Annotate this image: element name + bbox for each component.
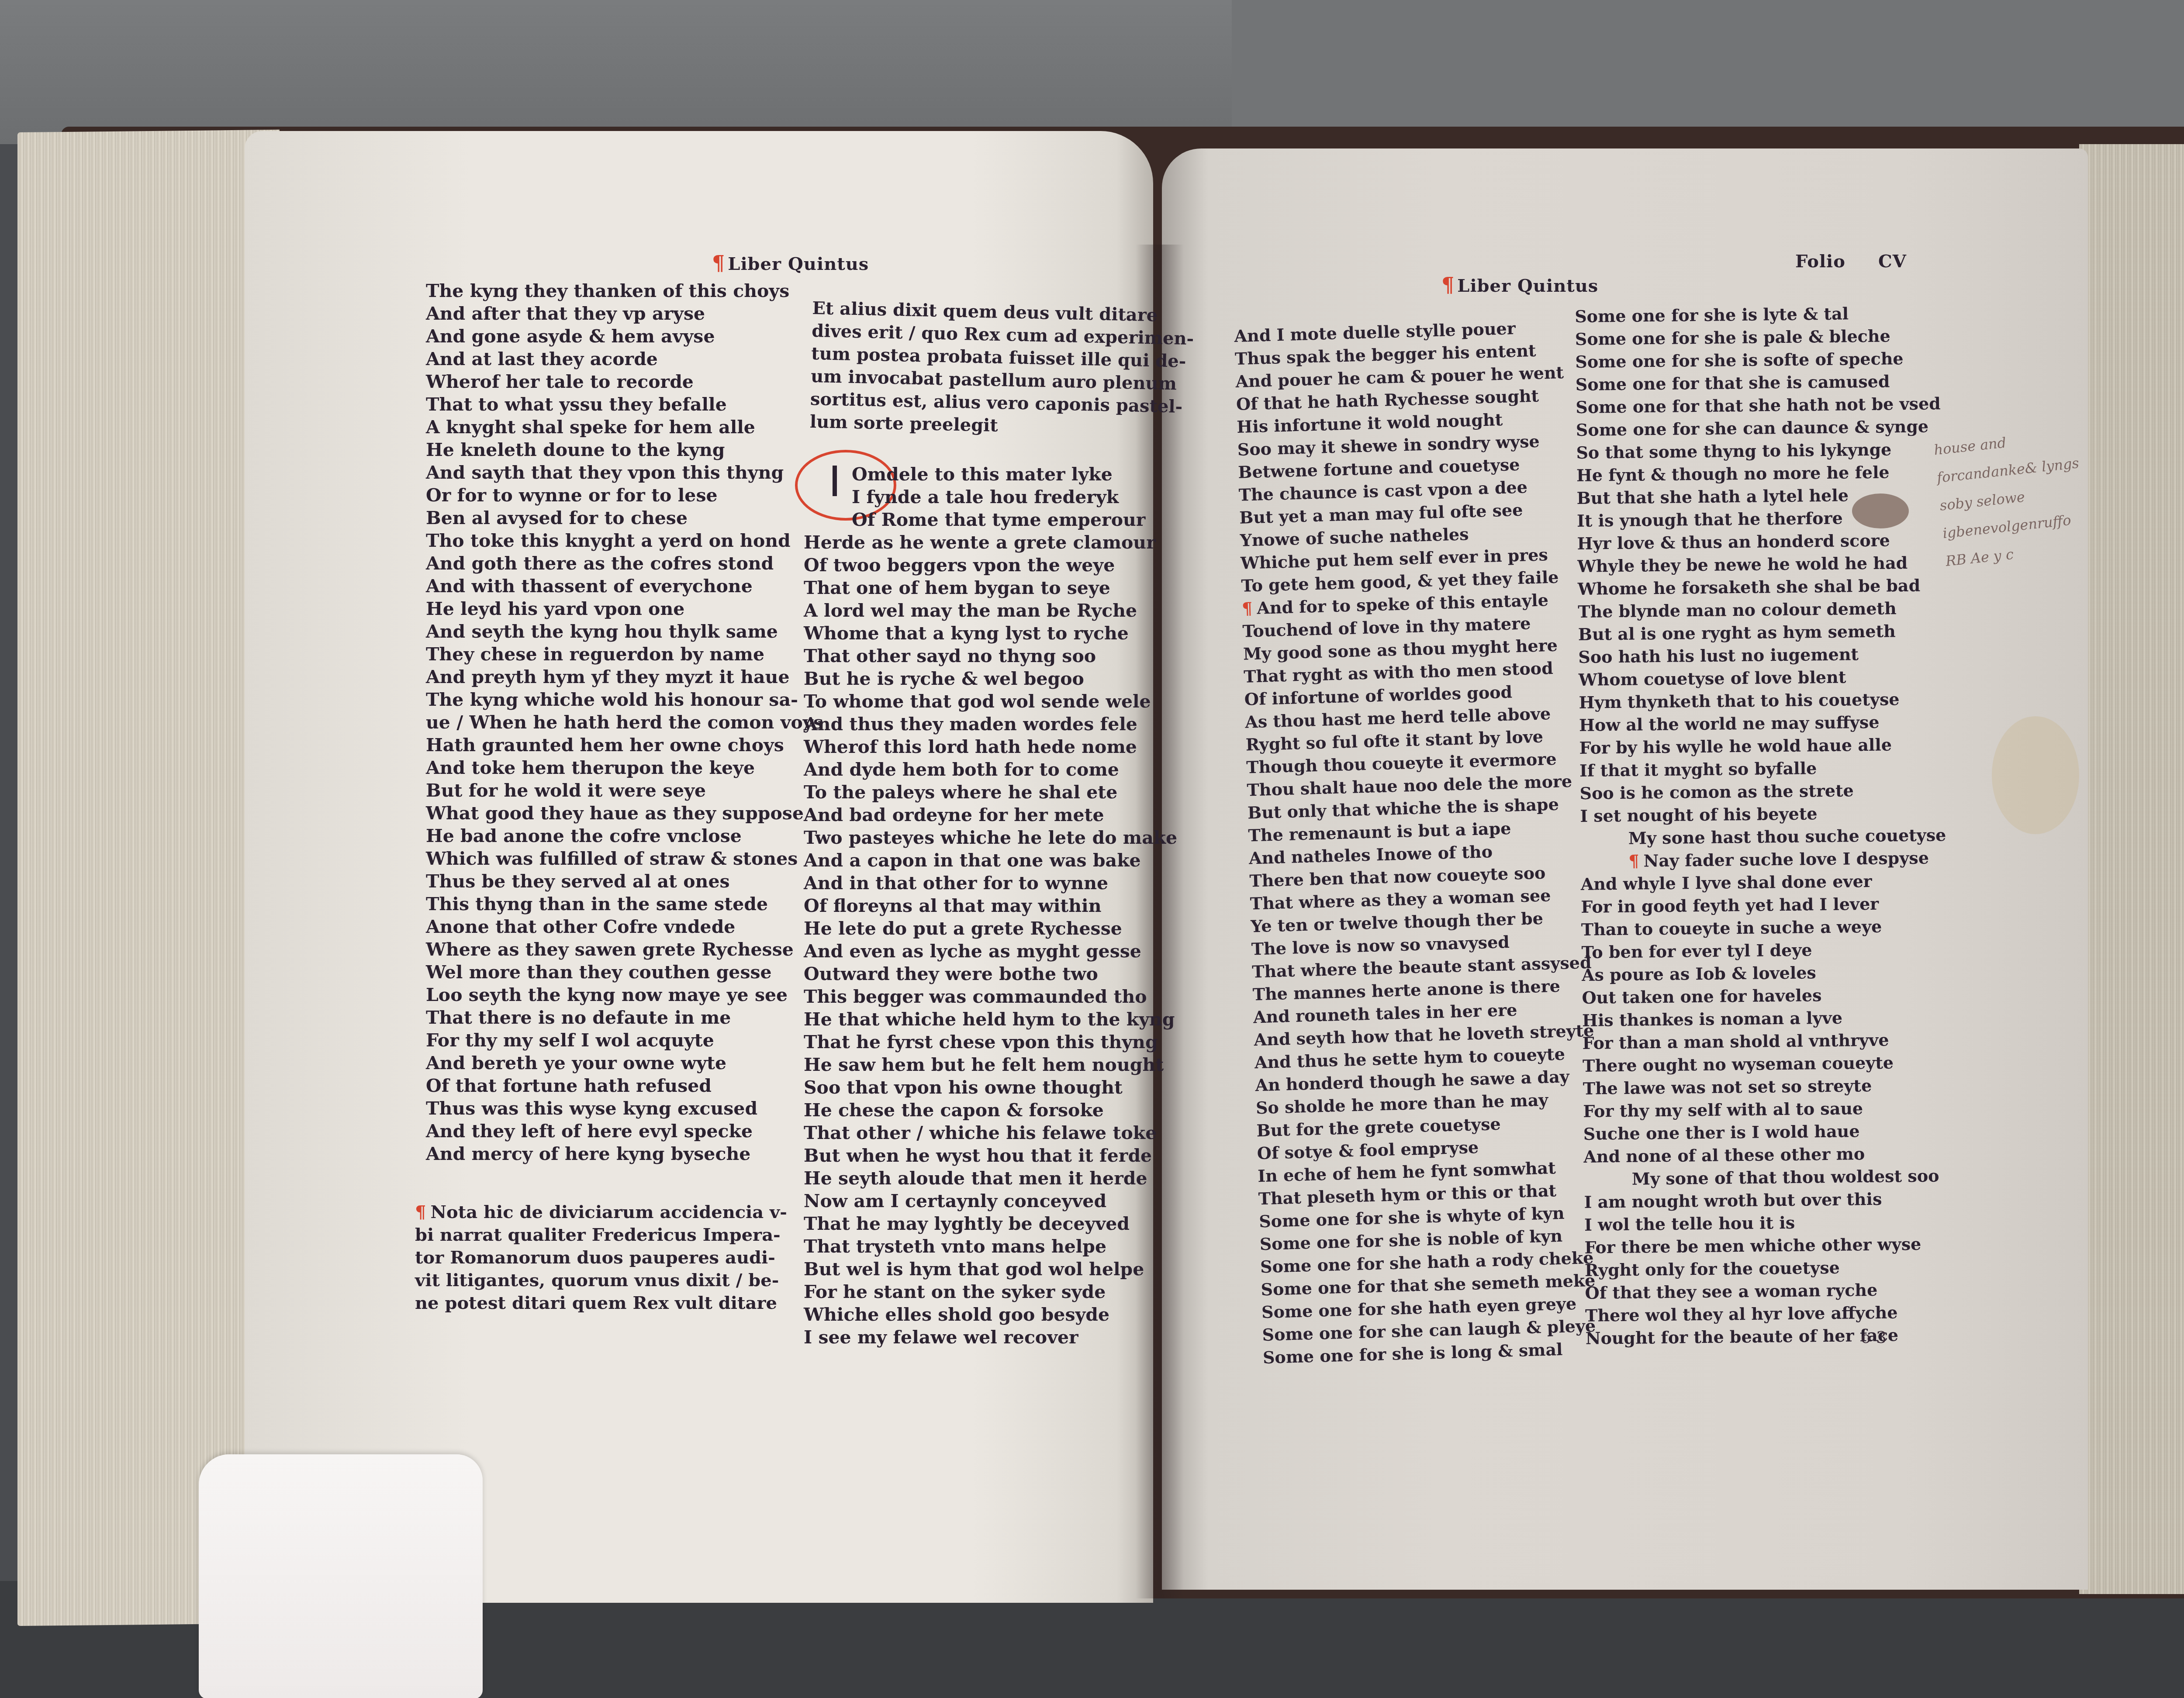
rubric-pilcrow-icon: ¶ — [1241, 598, 1252, 618]
text-line: I set nought of his beyete — [1580, 801, 1946, 828]
text-line: Thus was this wyse kyng excused — [426, 1097, 823, 1120]
text-line: Some one for she is pale & bleche — [1575, 324, 1941, 351]
water-stain — [1992, 716, 2079, 834]
text-line: And mercy of here kyng byseche — [426, 1142, 823, 1165]
pilcrow-icon: ¶ — [712, 251, 725, 275]
text-line: And with thassent of everychone — [426, 575, 823, 597]
text-line: And dyde hem both for to come — [804, 758, 1177, 781]
text-line: That other sayd no thyng soo — [804, 645, 1177, 667]
text-line: For in good feyth yet had I lever — [1581, 892, 1947, 919]
text-line: My sone hast thou suche couetyse — [1580, 824, 1946, 851]
text-line: Some one for she is lyte & tal — [1575, 302, 1941, 328]
handwritten-marginalia: house and forcandanke& lyngs soby selowe… — [1932, 421, 2095, 575]
folio-value: CV — [1878, 251, 1907, 272]
text-line: Whome he forsaketh she shal be bad — [1578, 574, 1944, 601]
text-line: And goth there as the cofres stond — [426, 552, 823, 575]
text-line: Anone that other Cofre vndede — [426, 915, 823, 938]
text-line: Outward they were bothe two — [804, 963, 1177, 985]
text-line: And toke hem therupon the keye — [426, 756, 823, 779]
text-line: That there is no defaute in me — [426, 1006, 823, 1029]
text-line: I see my felawe wel recover — [804, 1326, 1177, 1349]
text-line: If that it myght so byfalle — [1579, 756, 1946, 783]
text-line: A knyght shal speke for hem alle — [426, 416, 823, 438]
text-line: And seyth the kyng hou thylk same — [426, 620, 823, 643]
text-line: And bereth ye your owne wyte — [426, 1052, 823, 1074]
text-line: That he may lyghtly be deceyved — [804, 1212, 1177, 1235]
text-line: And after that they vp aryse — [426, 302, 823, 325]
text-line: Some one for she is softe of speche — [1575, 347, 1941, 374]
text-line: bi narrat qualiter Fredericus Impera- — [415, 1224, 787, 1246]
text-line: Of twoo beggers vpon the weye — [804, 554, 1177, 576]
text-line: Hath graunted hem her owne choys — [426, 734, 823, 756]
text-line: Hyr love & thus an honderd score — [1577, 529, 1943, 556]
text-line: The blynde man no colour demeth — [1578, 597, 1944, 624]
text-line: That to what yssu they befalle — [426, 393, 823, 416]
text-line: Whyle they be newe he wold he had — [1577, 552, 1943, 578]
text-line: Wherof her tale to recorde — [426, 370, 823, 393]
text-line: Out taken one for haveles — [1582, 983, 1948, 1010]
text-line: There ought no wyseman coueyte — [1583, 1051, 1949, 1078]
text-line: Whome that a kyng lyst to ryche — [804, 622, 1177, 645]
text-line: There wol they al hyr love affyche — [1585, 1301, 1951, 1328]
text-line: And thus they maden wordes fele — [804, 713, 1177, 735]
text-line: And a capon in that one was bake — [804, 849, 1177, 872]
text-line: How al the world ne may suffyse — [1579, 711, 1945, 737]
text-line: Ryght only for the couetyse — [1585, 1256, 1951, 1282]
text-line: And at last they acorde — [426, 348, 823, 370]
text-line: He kneleth doune to the kyng — [426, 438, 823, 461]
text-line: But he is ryche & wel begoo — [804, 667, 1177, 690]
text-line: Of floreyns al that may within — [804, 894, 1177, 917]
text-line: This thyng than in the same stede — [426, 893, 823, 915]
text-line: ne potest ditari quem Rex vult ditare — [415, 1292, 787, 1315]
folio-label: Folio — [1795, 251, 1845, 272]
text-line: ¶Nay fader suche love I despyse — [1580, 847, 1946, 873]
text-line: Of that they see a woman ryche — [1585, 1278, 1951, 1305]
text-line: Some one for that she is camused — [1576, 370, 1942, 397]
left-page-column-2: Omdele to this mater lykeI fynde a tale … — [804, 463, 1177, 1349]
text-line: Hym thynketh that to his couetyse — [1579, 688, 1945, 714]
text-line: And sayth that they vpon this thyng — [426, 461, 823, 484]
text-line: And they left of here evyl specke — [426, 1120, 823, 1142]
text-line: For than a man shold al vnthryve — [1582, 1028, 1948, 1055]
text-line: He chese the capon & forsoke — [804, 1099, 1177, 1122]
text-line: He saw hem but he felt hem nought — [804, 1053, 1177, 1076]
text-line: That he fyrst chese vpon this thyng — [804, 1031, 1177, 1053]
right-running-head: ¶Liber Quintus — [1441, 273, 1598, 297]
text-line: For thy my self I wol acquyte — [426, 1029, 823, 1052]
pilcrow-icon: ¶ — [1441, 273, 1455, 297]
text-line: Or for to wynne or for to lese — [426, 484, 823, 507]
text-line: As poure as Iob & loveles — [1582, 960, 1948, 987]
text-line: Soo that vpon his owne thought — [804, 1076, 1177, 1099]
text-line: ue / When he hath herd the comon voys — [426, 711, 823, 734]
text-line: e y c — [1980, 546, 2015, 566]
text-line: That other / whiche his felawe toke — [804, 1122, 1177, 1144]
text-line: The kyng whiche wold his honour sa- — [426, 688, 823, 711]
text-line: benevolgen — [1955, 515, 2038, 540]
text-line: Two pasteyes whiche he lete do make — [804, 826, 1177, 849]
right-page-column-2: Some one for she is lyte & talSome one f… — [1575, 302, 1952, 1350]
text-line: I fynde a tale hou frederyk — [804, 486, 1177, 508]
text-line: The kyng they thanken of this choys — [426, 280, 823, 302]
text-line: For by his wylle he wold haue alle — [1579, 733, 1945, 760]
folio-number: Folio CV — [1795, 251, 1907, 272]
text-line: So that some thyng to his lykynge — [1576, 438, 1942, 465]
book-support-cushion — [199, 1454, 483, 1698]
right-page-column-1: And I mote duelle stylle pouerThus spak … — [1234, 316, 1603, 1370]
text-line: Now am I certaynly conceyved — [804, 1190, 1177, 1212]
left-page-column-1: The kyng they thanken of this choysAnd a… — [426, 280, 823, 1165]
text-line: Omdele to this mater lyke — [804, 463, 1177, 486]
text-line: They chese in reguerdon by name — [426, 643, 823, 666]
text-line: But al is one ryght as hym semeth — [1578, 620, 1944, 646]
text-line: Soo hath his lust no iugement — [1578, 642, 1944, 669]
text-line: Of that fortune hath refused — [426, 1074, 823, 1097]
text-line: He fynt & though no more he fele — [1576, 461, 1942, 487]
text-line: Nought for the beaute of her face — [1586, 1324, 1952, 1350]
text-line: Wel more than they couthen gesse — [426, 961, 823, 984]
text-line: ¶Nota hic de diviciarum accidencia v- — [415, 1201, 787, 1224]
text-line: But when he wyst hou that it ferde — [804, 1144, 1177, 1167]
text-line: And in that other for to wynne — [804, 872, 1177, 894]
text-line: To whome that god wol sende wele — [804, 690, 1177, 713]
text-line: He leyd his yard vpon one — [426, 597, 823, 620]
text-line: For there be men whiche other wyse — [1584, 1233, 1950, 1260]
text-line: For thy my self with al to saue — [1583, 1097, 1949, 1123]
running-head-text: Liber Quintus — [728, 254, 869, 274]
text-line: His thankes is noman a lyve — [1582, 1006, 1948, 1032]
text-line: He that whiche held hym to the kyng — [804, 1008, 1177, 1031]
text-line: And whyle I lyve shal done ever — [1581, 870, 1947, 896]
text-line: A lord wel may the man be Ryche — [804, 599, 1177, 622]
text-line: Whiche elles shold goo besyde — [804, 1303, 1177, 1326]
text-line: To the paleys where he shal ete — [804, 781, 1177, 804]
text-line: This begger was commaunded tho — [804, 985, 1177, 1008]
text-line: Than to coueyte in suche a weye — [1581, 915, 1947, 942]
text-line: And none of al these other mo — [1583, 1142, 1949, 1169]
text-line: Of Rome that tyme emperour — [804, 508, 1177, 531]
text-line: Wherof this lord hath hede nome — [804, 735, 1177, 758]
text-line: Where as they sawen grete Rychesse — [426, 938, 823, 961]
text-line: Some one for she can daunce & synge — [1576, 415, 1942, 442]
text-line: My sone of that thou woldest soo — [1584, 1165, 1950, 1191]
text-line: Suche one ther is I wold haue — [1583, 1119, 1949, 1146]
rubric-pilcrow-icon: ¶ — [1628, 851, 1639, 871]
text-line: But wel is hym that god wol helpe — [804, 1258, 1177, 1280]
text-line: I wol the telle hou it is — [1584, 1210, 1950, 1237]
text-line: Whom couetyse of love blent — [1579, 665, 1945, 692]
text-line: Loo seyth the kyng now maye ye see — [426, 984, 823, 1006]
text-line: To ben for ever tyl I deye — [1581, 938, 1947, 964]
text-line: But for he wold it were seye — [426, 779, 823, 802]
text-line: Some one for that she hath not be vsed — [1576, 393, 1942, 419]
left-page-block-edge — [17, 130, 280, 1626]
text-line: What good they haue as they suppose — [426, 802, 823, 825]
rubric-pilcrow-icon: ¶ — [415, 1202, 426, 1222]
text-line: Which was fulfilled of straw & stones — [426, 847, 823, 870]
text-line: And gone asyde & hem avyse — [426, 325, 823, 348]
running-head-text: Liber Quintus — [1457, 276, 1598, 296]
text-line: He seyth aloude that men it herde — [804, 1167, 1177, 1190]
text-line: The lawe was not set so streyte — [1583, 1074, 1949, 1101]
text-line: And preyth hym yf they myzt it haue — [426, 666, 823, 688]
left-running-head: ¶Liber Quintus — [712, 251, 869, 275]
left-page-column-2-latin: Et alius dixit quem deus vult ditaredive… — [809, 297, 1194, 441]
signature-mark: o 3 — [1861, 1328, 1887, 1347]
text-line: Tho toke this knyght a yerd on hond — [426, 529, 823, 552]
text-line: tor Romanorum duos pauperes audi- — [415, 1246, 787, 1269]
right-page-block-edge — [2079, 144, 2184, 1594]
ink-stain — [1852, 494, 1909, 528]
text-line: And even as lyche as myght gesse — [804, 940, 1177, 963]
text-line: He bad anone the cofre vnclose — [426, 825, 823, 847]
text-line: I am nought wroth but over this — [1584, 1187, 1950, 1214]
text-line: And bad ordeyne for her mete — [804, 804, 1177, 826]
text-line: He lete do put a grete Rychesse — [804, 917, 1177, 940]
text-line: Thus be they served al at ones — [426, 870, 823, 893]
text-line: candanke — [1956, 460, 2025, 484]
text-line: Herde as he wente a grete clamour — [804, 531, 1177, 554]
text-line: vit litigantes, quorum vnus dixit / be- — [415, 1269, 787, 1292]
text-line: Ben al avysed for to chese — [426, 507, 823, 529]
text-line: Soo is he comon as the strete — [1579, 779, 1946, 805]
text-line: B A — [1955, 549, 1981, 569]
latin-gloss-note: ¶Nota hic de diviciarum accidencia v-bi … — [415, 1201, 787, 1315]
text-line: That one of hem bygan to seye — [804, 576, 1177, 599]
text-line: That trysteth vnto mans helpe — [804, 1235, 1177, 1258]
background-wall-right — [1232, 0, 2184, 144]
text-line: For he stant on the syker syde — [804, 1280, 1177, 1303]
